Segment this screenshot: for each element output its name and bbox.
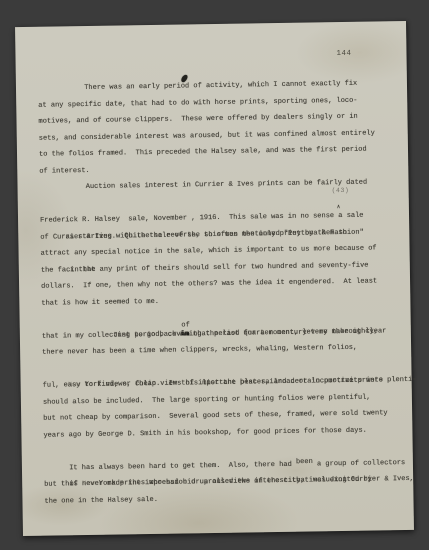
pencil-annotation: (43) [332,183,350,200]
document-page: 144 There was an early period of activit… [15,21,414,536]
page-number: 144 [336,50,351,58]
typewritten-text: There was an early period of activity, w… [38,75,405,510]
